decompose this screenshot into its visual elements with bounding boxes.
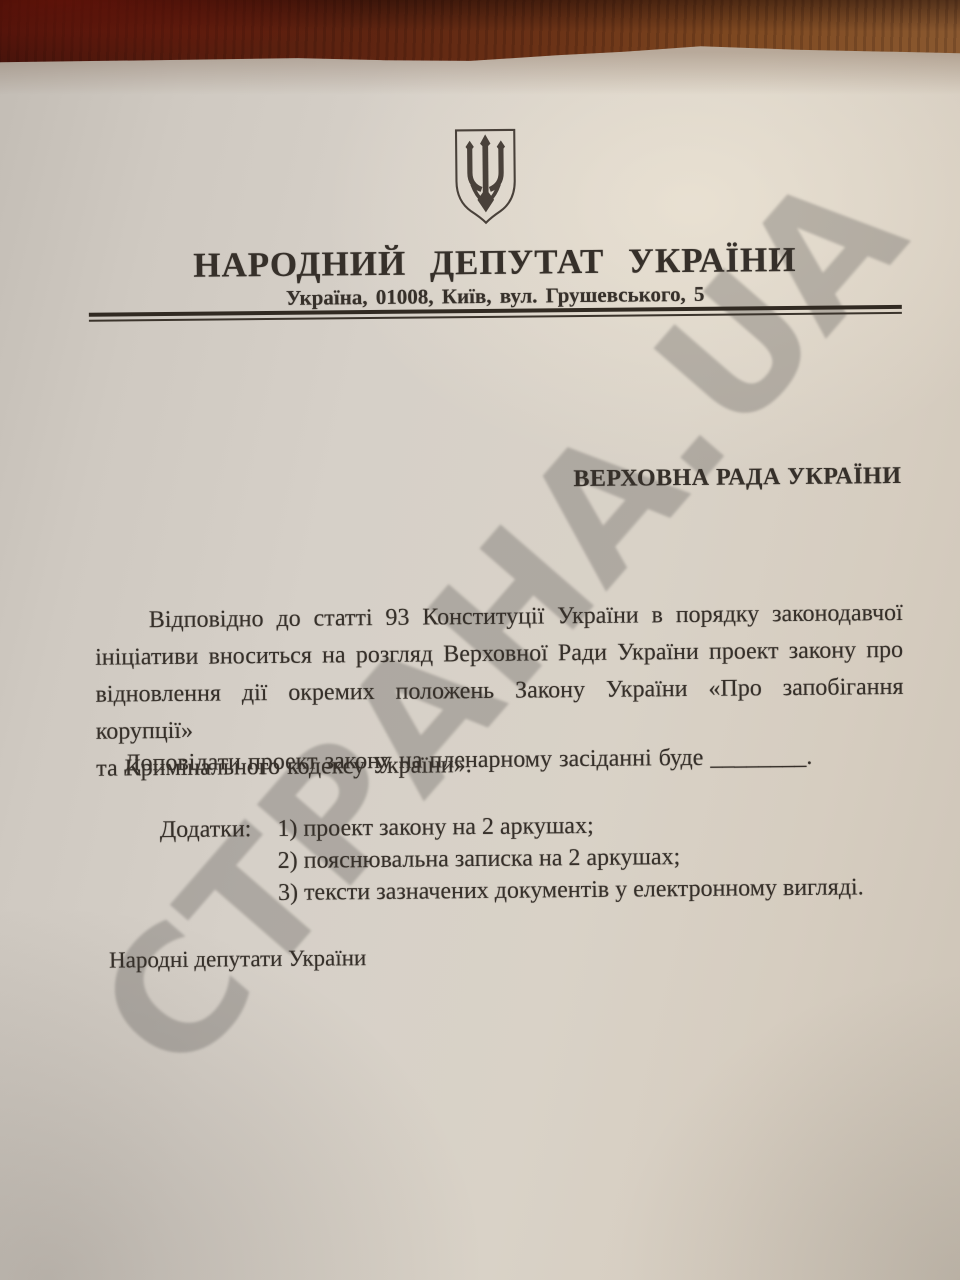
attachments-label: Додатки: [160,813,252,846]
letter-sheet: НАРОДНИЙ ДЕПУТАТ УКРАЇНИ Україна, 01008,… [0,0,960,1280]
letterhead-org-name: НАРОДНИЙ ДЕПУТАТ УКРАЇНИ [88,239,901,287]
recipient-title: ВЕРХОВНА РАДА УКРАЇНИ [573,463,901,493]
signature-line: Народні депутати України [109,945,366,973]
attachment-item: 3) тексти зазначених документів у електр… [278,871,864,909]
ukraine-trident-emblem-icon [447,124,524,229]
attachments-list: 1) проект закону на 2 аркушах; 2) поясню… [277,807,864,909]
attachments-block: Додатки: 1) проект закону на 2 аркушах; … [160,807,864,910]
photo-of-document: СТРАНА.UA НАРОДНИЙ ДЕПУТАТ УКРАЇНИ Украї… [0,0,960,1280]
paragraph-line: відновлення дії окремих положень Закону … [95,669,904,751]
